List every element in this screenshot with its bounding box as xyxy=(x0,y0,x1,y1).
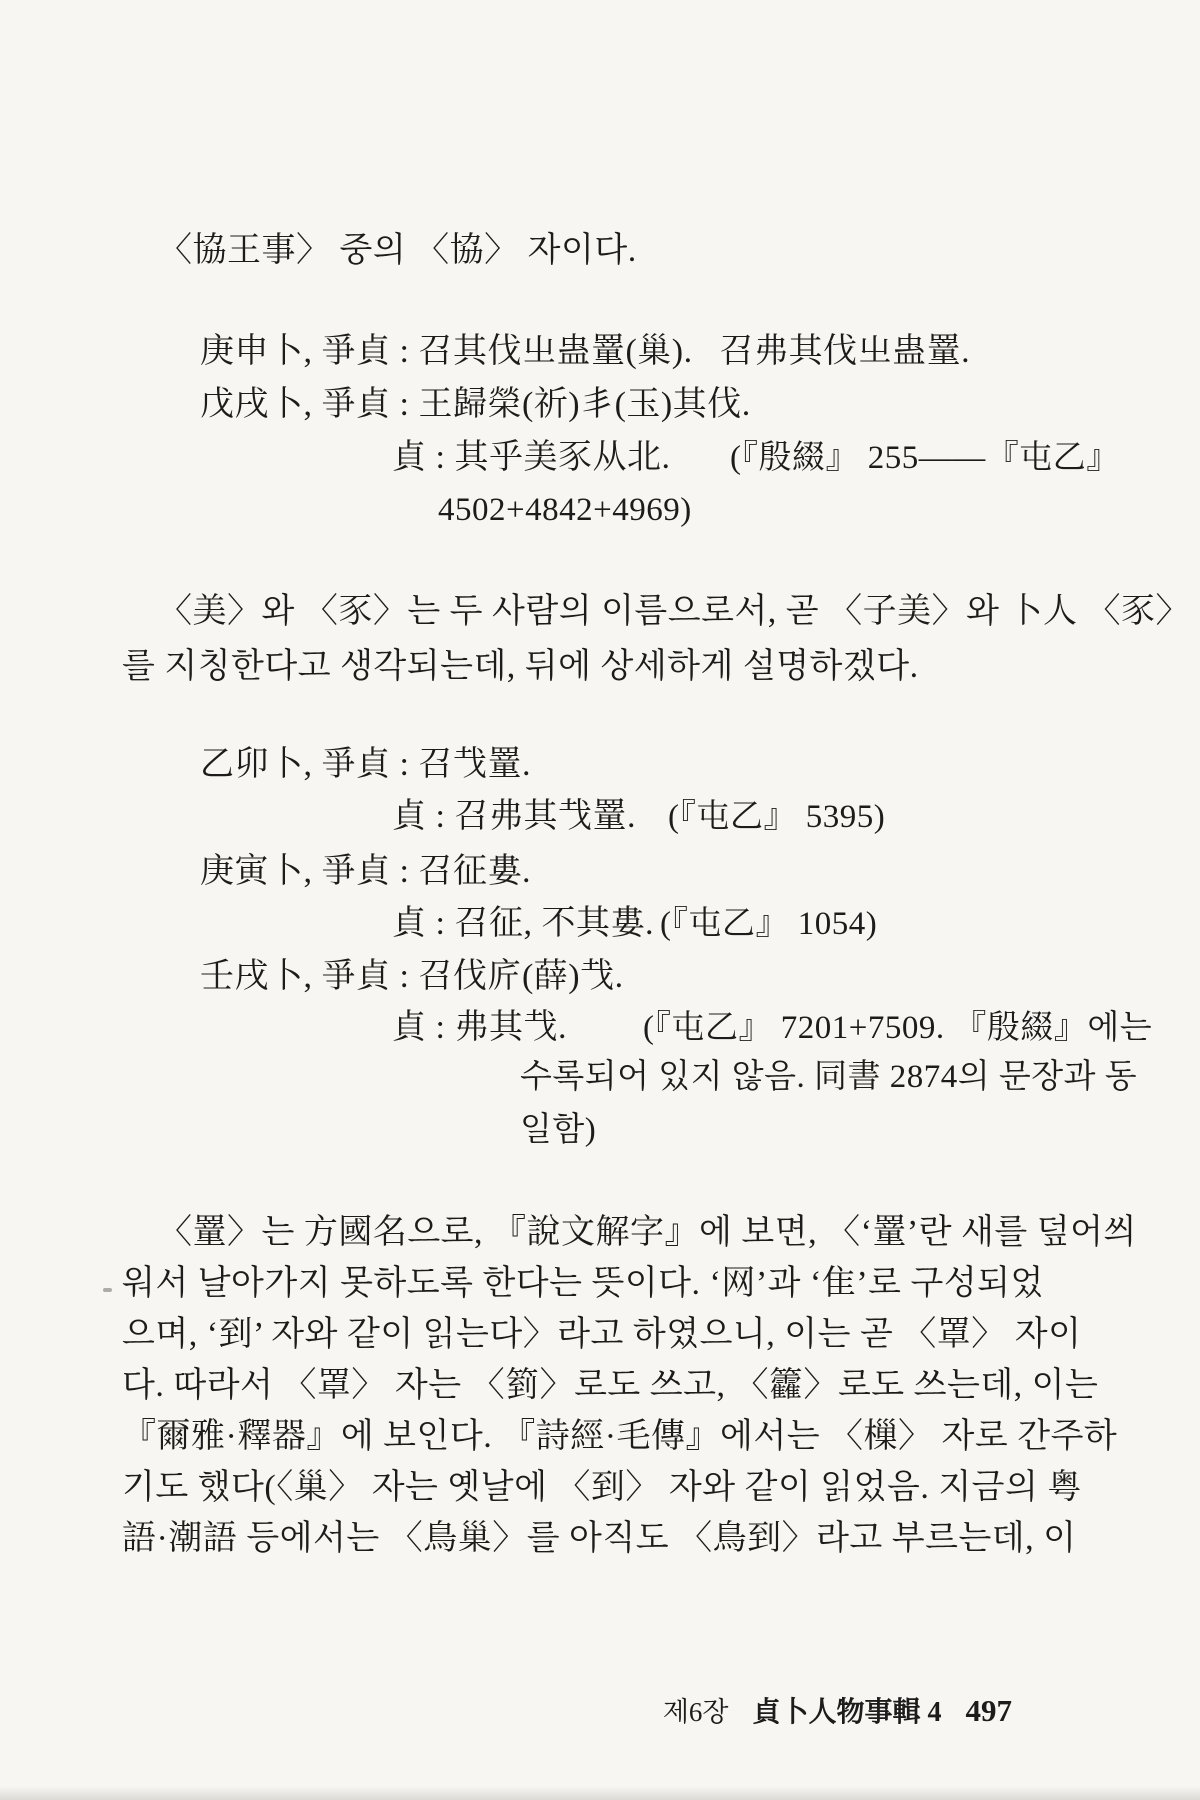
footer-page-number: 497 xyxy=(966,1693,1013,1729)
paragraph-line: 기도 했다(〈巢〉 자는 옛날에 〈到〉 자와 같이 읽었음. 지금의 粤 xyxy=(122,1467,1082,1509)
judgment-line: 貞 : 弗其𢦏. xyxy=(392,1007,567,1049)
footer-chapter-label: 제6장 xyxy=(663,1690,729,1729)
source-citation: (『屯乙』 1054) xyxy=(660,903,877,945)
source-citation: (『屯乙』 7201+7509. 『殷綴』에는 xyxy=(643,1007,1152,1049)
inscription-line: 戊戌卜, 爭貞 : 王歸榮(祈)丯(玉)其伐. xyxy=(200,384,751,426)
paragraph-line: 으며, ‘到’ 자와 같이 읽는다〉라고 하였으니, 이는 곧 〈罩〉 자이 xyxy=(122,1314,1082,1356)
source-citation: (『屯乙』 5395) xyxy=(668,796,885,838)
paragraph-line: 워서 날아가지 못하도록 한다는 뜻이다. ‘网’과 ‘隹’로 구성되었 xyxy=(122,1263,1044,1305)
inscription-line: 庚申卜, 爭貞 : 召其伐㞢蛊罿(巢). 召弗其伐㞢蛊罿. xyxy=(200,331,970,373)
paragraph-line: 다. 따라서 〈罩〉 자는 〈箌〉로도 쓰고, 〈籱〉로도 쓰는데, 이는 xyxy=(122,1365,1098,1407)
source-citation-continuation: 수록되어 있지 않음. 同書 2874의 문장과 동 xyxy=(520,1056,1137,1098)
page-footer: 제6장 貞卜人物事輯 4 497 xyxy=(663,1690,1012,1730)
paragraph-line: 〈罿〉는 方國名으로, 『說文解字』에 보면, 〈‘罿’란 새를 덮어씌 xyxy=(158,1212,1137,1254)
judgment-line: 貞 : 其乎美豕从北. xyxy=(392,437,670,479)
paragraph-line: 〈美〉와 〈豕〉는 두 사람의 이름으로서, 곧 〈子美〉와 卜人 〈豕〉 xyxy=(158,591,1190,633)
scanned-book-page: 〈協王事〉 중의 〈協〉 자이다. 庚申卜, 爭貞 : 召其伐㞢蛊罿(巢). 召… xyxy=(0,0,1200,1800)
paragraph-line: 語·潮語 등에서는 〈鳥巢〉를 아직도 〈鳥到〉라고 부르는데, 이 xyxy=(122,1518,1076,1560)
judgment-line: 貞 : 召弗其𢦏罿. xyxy=(392,796,636,838)
inscription-line: 庚寅卜, 爭貞 : 召征婁. xyxy=(200,851,531,893)
paragraph-line: 『爾雅·釋器』에 보인다. 『詩經·毛傳』에서는 〈樔〉 자로 간주하 xyxy=(122,1416,1117,1458)
inscription-line: 乙卯卜, 爭貞 : 召𢦏罿. xyxy=(200,744,531,786)
intro-line: 〈協王事〉 중의 〈協〉 자이다. xyxy=(158,230,637,272)
paragraph-line: 를 지칭한다고 생각되는데, 뒤에 상세하게 설명하겠다. xyxy=(122,646,919,688)
inscription-line: 壬戌卜, 爭貞 : 召伐庍(薛)𢦏. xyxy=(200,956,624,998)
source-citation-continuation: 4502+4842+4969) xyxy=(438,489,692,531)
judgment-line: 貞 : 召征, 不其婁. xyxy=(392,903,654,945)
scan-speck-artifact xyxy=(103,1288,112,1292)
source-citation: (『殷綴』 255——『屯乙』 xyxy=(730,437,1120,479)
footer-section-title: 貞卜人物事輯 4 xyxy=(752,1690,941,1730)
source-citation-continuation: 일함) xyxy=(520,1109,596,1151)
